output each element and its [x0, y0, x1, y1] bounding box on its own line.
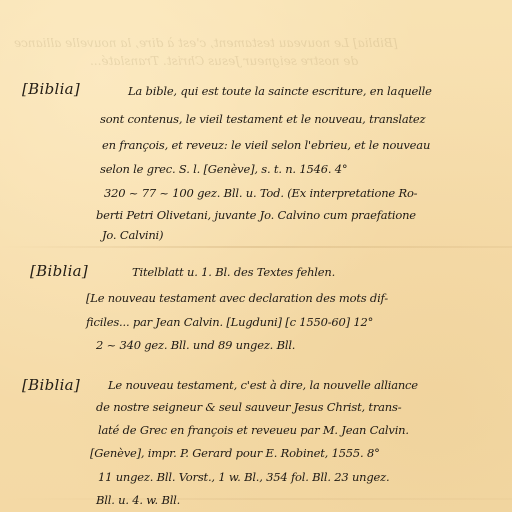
entry-line: berti Petri Olivetani, juvante Jo. Calvi… [96, 208, 416, 222]
entry-line: Titelblatt u. 1. Bl. des Textes fehlen. [132, 265, 335, 279]
entry-label: [Biblia] [22, 80, 80, 98]
entry-line: Jo. Calvini) [102, 228, 163, 242]
entry-line: [Le nouveau testament avec declaration d… [86, 291, 388, 305]
fold-crease [0, 246, 512, 248]
entry-line: de nostre seigneur & seul sauveur Jesus … [96, 400, 401, 414]
entry-line: [Genève], impr. P. Gerard pour E. Robine… [90, 446, 380, 460]
entry-line: sont contenus, le vieil testament et le … [100, 112, 425, 126]
entry-label: [Biblia] [30, 262, 88, 280]
fold-crease-lower [0, 498, 512, 500]
bleed-through-text: de nostre seigneur Jesus Christ. Transla… [90, 54, 358, 68]
entry-line: en françois, et reveuz: le vieil selon l… [102, 138, 430, 152]
entry-line: La bible, qui est toute la saincte escri… [128, 84, 432, 98]
entry-line: Bll. u. 4. w. Bll. [96, 493, 180, 507]
entry-line: selon le grec. S. l. [Genève], s. t. n. … [100, 162, 347, 176]
entry-line: laté de Grec en françois et reveueu par … [98, 423, 409, 437]
entry-line: 11 ungez. Bll. Vorst., 1 w. Bl., 354 fol… [98, 470, 389, 484]
entry-line: 320 ~ 77 ~ 100 gez. Bll. u. Tod. (Ex int… [104, 186, 417, 200]
entry-label: [Biblia] [22, 376, 80, 394]
entry-line: 2 ~ 340 gez. Bll. und 89 ungez. Bll. [96, 338, 295, 352]
bleed-through-text: [Biblia] Le nouveau testament, c'est à d… [14, 36, 397, 50]
entry-line: Le nouveau testament, c'est à dire, la n… [108, 378, 418, 392]
entry-line: ficiles... par Jean Calvin. [Lugduni] [c… [86, 315, 373, 329]
